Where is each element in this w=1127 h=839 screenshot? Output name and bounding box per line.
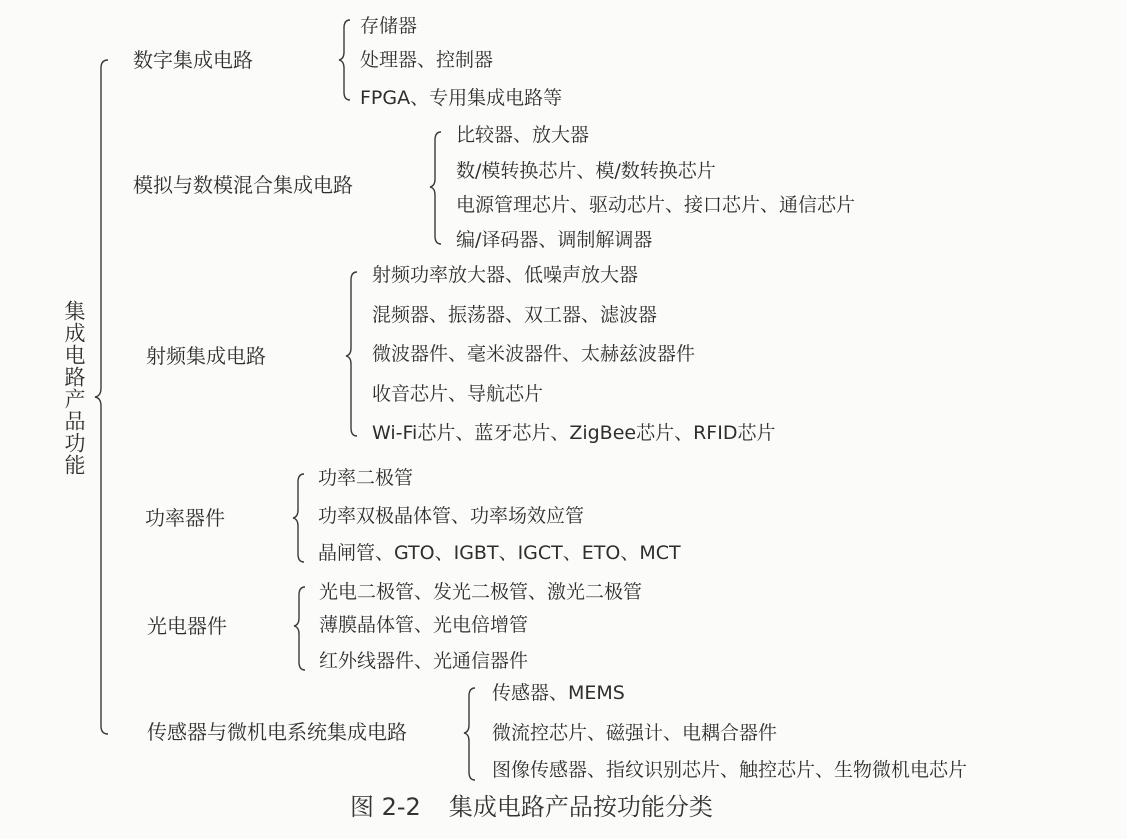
category-analog: 模拟与数模混合集成电路 — [133, 173, 353, 197]
item-sensor-0: 传感器、MEMS — [492, 681, 625, 705]
item-rf-1: 混频器、振荡器、双工器、滤波器 — [372, 303, 657, 327]
item-analog-1: 数/模转换芯片、模/数转换芯片 — [456, 159, 716, 183]
root-brace — [95, 60, 108, 734]
item-power-1: 功率双极晶体管、功率场效应管 — [318, 504, 584, 528]
brace-opto — [294, 587, 305, 670]
item-sensor-2: 图像传感器、指纹识别芯片、触控芯片、生物微机电芯片 — [492, 758, 967, 782]
figure-caption: 图 2-2集成电路产品按功能分类 — [350, 790, 713, 824]
item-digital-2: FPGA、专用集成电路等 — [360, 86, 562, 110]
category-sensor-mems: 传感器与微机电系统集成电路 — [147, 720, 407, 744]
brace-digital — [339, 20, 350, 100]
item-opto-0: 光电二极管、发光二极管、激光二极管 — [319, 580, 642, 604]
brace-rf — [346, 272, 357, 436]
item-rf-0: 射频功率放大器、低噪声放大器 — [372, 263, 638, 287]
item-power-0: 功率二极管 — [318, 466, 413, 490]
category-rf: 射频集成电路 — [146, 344, 266, 368]
category-digital: 数字集成电路 — [133, 48, 253, 72]
category-power: 功率器件 — [145, 506, 225, 530]
item-opto-2: 红外线器件、光通信器件 — [319, 649, 528, 673]
item-analog-3: 编/译码器、调制解调器 — [456, 228, 652, 252]
figure-number: 图 2-2 — [350, 793, 421, 821]
brace-analog — [430, 132, 441, 244]
item-sensor-1: 微流控芯片、磁强计、电耦合器件 — [492, 721, 777, 745]
item-rf-4: Wi-Fi芯片、蓝牙芯片、ZigBee芯片、RFID芯片 — [372, 421, 775, 445]
item-rf-3: 收音芯片、导航芯片 — [372, 382, 543, 406]
root-node: 集成电路产品功能 — [60, 300, 86, 476]
item-power-2: 晶闸管、GTO、IGBT、IGCT、ETO、MCT — [318, 541, 681, 565]
item-digital-0: 存储器 — [360, 14, 417, 38]
category-optoelectronic: 光电器件 — [147, 614, 227, 638]
item-analog-2: 电源管理芯片、驱动芯片、接口芯片、通信芯片 — [456, 193, 855, 217]
item-digital-1: 处理器、控制器 — [360, 48, 493, 72]
brace-power — [293, 474, 304, 562]
brace-sensor — [464, 688, 475, 780]
item-analog-0: 比较器、放大器 — [456, 123, 589, 147]
figure-title: 集成电路产品按功能分类 — [449, 793, 713, 821]
item-rf-2: 微波器件、毫米波器件、太赫兹波器件 — [372, 342, 695, 366]
item-opto-1: 薄膜晶体管、光电倍增管 — [319, 613, 528, 637]
